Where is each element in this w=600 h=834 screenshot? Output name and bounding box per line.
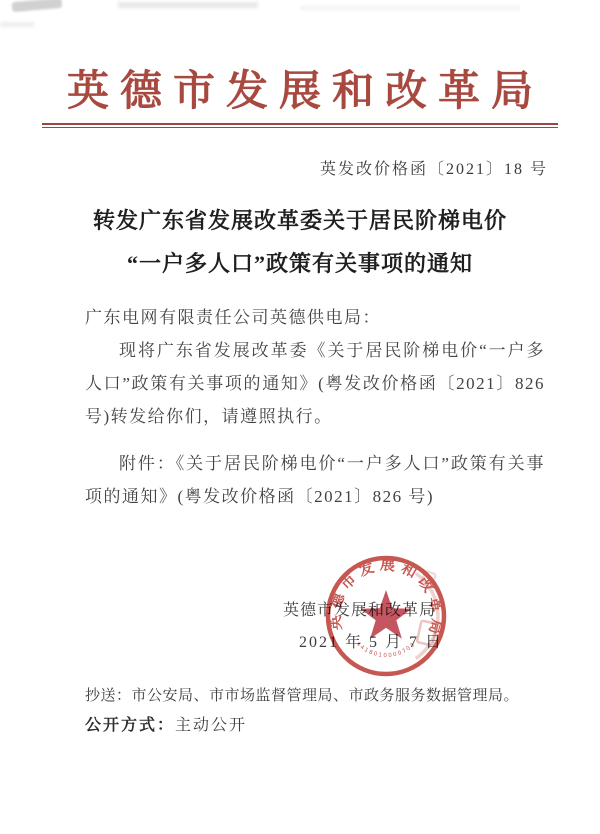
body-paragraph: 现将广东省发展改革委《关于居民阶梯电价“一户多人口”政策有关事项的通知》(粤发改… xyxy=(85,334,545,433)
scan-artifact xyxy=(118,2,258,8)
reference-number: 英发改价格函〔2021〕18 号 xyxy=(320,156,548,179)
letterhead-divider-line xyxy=(42,123,558,128)
document-title-line2: “一户多人口”政策有关事项的通知 xyxy=(0,242,600,285)
letterhead-agency-name: 英德市发展和改革局 xyxy=(0,58,600,118)
document-page: 英德市发展和改革局 英发改价格函〔2021〕18 号 转发广东省发展改革委关于居… xyxy=(0,0,600,834)
document-title-line1: 转发广东省发展改革委关于居民阶梯电价 xyxy=(0,199,600,242)
scan-artifact xyxy=(0,22,34,27)
seal-star-icon xyxy=(360,590,411,639)
scan-artifact xyxy=(300,6,520,10)
publish-method-line: 公开方式：主动公开 xyxy=(85,712,247,735)
official-seal: 英德市发展和改革局 4418010000703 xyxy=(324,554,448,678)
attachment-line: 附件：《关于居民阶梯电价“一户多人口”政策有关事项的通知》(粤发改价格函〔202… xyxy=(85,447,545,513)
document-title: 转发广东省发展改革委关于居民阶梯电价 “一户多人口”政策有关事项的通知 xyxy=(0,199,600,285)
document-body: 广东电网有限责任公司英德供电局： 现将广东省发展改革委《关于居民阶梯电价“一户多… xyxy=(85,301,545,513)
publish-method-label: 公开方式： xyxy=(85,717,175,734)
cc-line: 抄送：市公安局、市市场监督管理局、市政务服务数据管理局。 xyxy=(85,684,550,705)
seal-serial-number: 4418010000703 xyxy=(355,641,417,659)
svg-text:4418010000703: 4418010000703 xyxy=(355,641,417,659)
salutation-line: 广东电网有限责任公司英德供电局： xyxy=(85,301,545,334)
scan-artifact xyxy=(12,0,63,12)
publish-method-value: 主动公开 xyxy=(175,717,247,734)
